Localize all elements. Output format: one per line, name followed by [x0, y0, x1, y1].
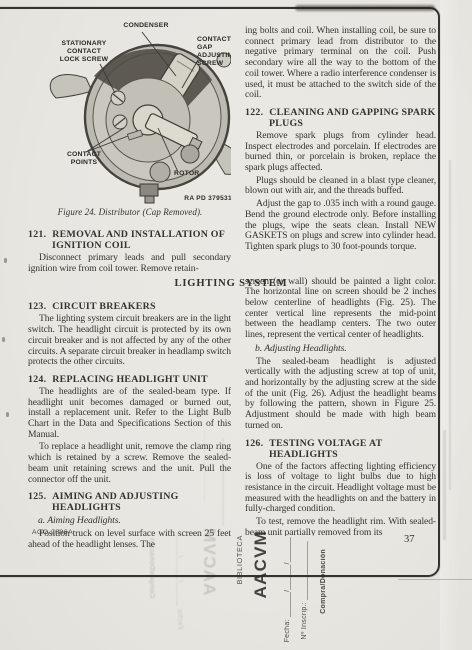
section-124-heading: 124.REPLACING HEADLIGHT UNIT [28, 374, 231, 385]
section-121-heading: 121.REMOVAL AND INSTALLATION OF IGNITION… [28, 229, 231, 251]
scan-ink-smear [295, 5, 435, 11]
figure-label-rotor: ROTOR [174, 170, 214, 178]
column-gap [245, 253, 436, 275]
section-number: 123. [28, 301, 46, 312]
stamp-library-label: BIBLIOTECA [235, 535, 244, 585]
scan-speck [4, 258, 7, 263]
section-title: REMOVAL AND INSTALLATION OF IGNITION COI… [52, 229, 225, 251]
section-126-heading: 126.TESTING VOLTAGE AT HEADLIGHTS [245, 438, 436, 460]
paragraph-124a: The headlights are of the sealed-beam ty… [28, 387, 231, 441]
paragraph-124b: To replace a headlight unit, remove the … [28, 442, 231, 485]
stamp-bleed-acquisition-line: Compra/Donación [148, 538, 155, 598]
paragraph-126a: One of the factors affecting lighting ef… [245, 462, 436, 516]
figure-label-stationary-contact-lock-screw: STATIONARY CONTACT LOCK SCREW [44, 40, 124, 64]
section-title: CIRCUIT BREAKERS [52, 301, 155, 312]
scanned-manual-page: CONDENSER STATIONARY CONTACT LOCK SCREW … [0, 0, 472, 650]
paragraph-122c: Adjust the gap to .035 inch with a round… [245, 199, 436, 253]
scan-speck [6, 412, 9, 417]
stamp-bleed-date-line: Fecha: ______/______/______ [176, 532, 183, 629]
paragraph-121: Disconnect primary leads and pull second… [28, 253, 231, 274]
section-123-heading: 123.CIRCUIT BREAKERS [28, 301, 231, 312]
figure-caption: Figure 24. Distributor (Cap Removed). [28, 207, 231, 218]
paragraph-122b: Plugs should be cleaned in a blast type … [245, 176, 436, 197]
section-number: 126. [245, 438, 263, 449]
page-edge-shade [440, 0, 472, 650]
paragraph-123: The lighting system circuit breakers are… [28, 314, 231, 368]
figure-label-contact-gap-adjusting-screw: CONTACT GAP ADJUSTING SCREW [197, 36, 231, 68]
scan-artifact-line [398, 579, 472, 580]
subsection-b-heading: b. Adjusting Headlights. [245, 344, 436, 355]
subsection-a-heading: a. Aiming Headlights. [28, 516, 231, 527]
footer-print-code: AGO 2886A [32, 529, 73, 536]
figure-24-distributor: CONDENSER STATIONARY CONTACT LOCK SCREW … [28, 14, 231, 223]
figure-label-contact-points: CONTACT POINTS [52, 151, 116, 167]
section-125-heading: 125.AIMING AND ADJUSTING HEADLIGHTS [28, 491, 231, 513]
section-number: 124. [28, 374, 46, 385]
section-number: 122. [245, 107, 263, 118]
section-title: TESTING VOLTAGE AT HEADLIGHTS [269, 438, 382, 460]
paragraph-adjusting: The sealed-beam headlight is adjusted ve… [245, 357, 436, 432]
stamp-bleed-organization: AACVM [199, 527, 219, 595]
section-122-heading: 122.CLEANING AND GAPPING SPARK PLUGS [245, 107, 436, 129]
paragraph-122a: Remove spark plugs from cylinder head. I… [245, 131, 436, 174]
scan-speck [2, 337, 5, 342]
section-number: 125. [28, 491, 46, 502]
section-number: 121. [28, 229, 46, 240]
stamp-date-line: Fecha: ______/______/______ [284, 537, 291, 642]
paragraph-screen: screen (or wall) should be painted a lig… [245, 277, 436, 341]
paragraph-coil-continuation: ing bolts and coil. When installing coil… [245, 26, 436, 101]
right-column: ing bolts and coil. When installing coil… [245, 24, 436, 536]
stamp-inscription-line: Nº Inscrip.: ______________ [301, 541, 308, 640]
scan-edge-streak [449, 160, 451, 490]
scan-edge-streak [443, 430, 446, 540]
stamp-acquisition-line: Compra/Donación [320, 549, 327, 614]
figure-credit-number: RA PD 379531 [168, 194, 231, 205]
figure-label-condenser: CONDENSER [114, 22, 178, 30]
stamp-organization: AACVM [251, 530, 271, 598]
page-number: 37 [404, 534, 415, 545]
section-title: CLEANING AND GAPPING SPARK PLUGS [269, 107, 436, 129]
section-title: AIMING AND ADJUSTING HEADLIGHTS [52, 491, 179, 513]
section-title: REPLACING HEADLIGHT UNIT [52, 374, 208, 385]
